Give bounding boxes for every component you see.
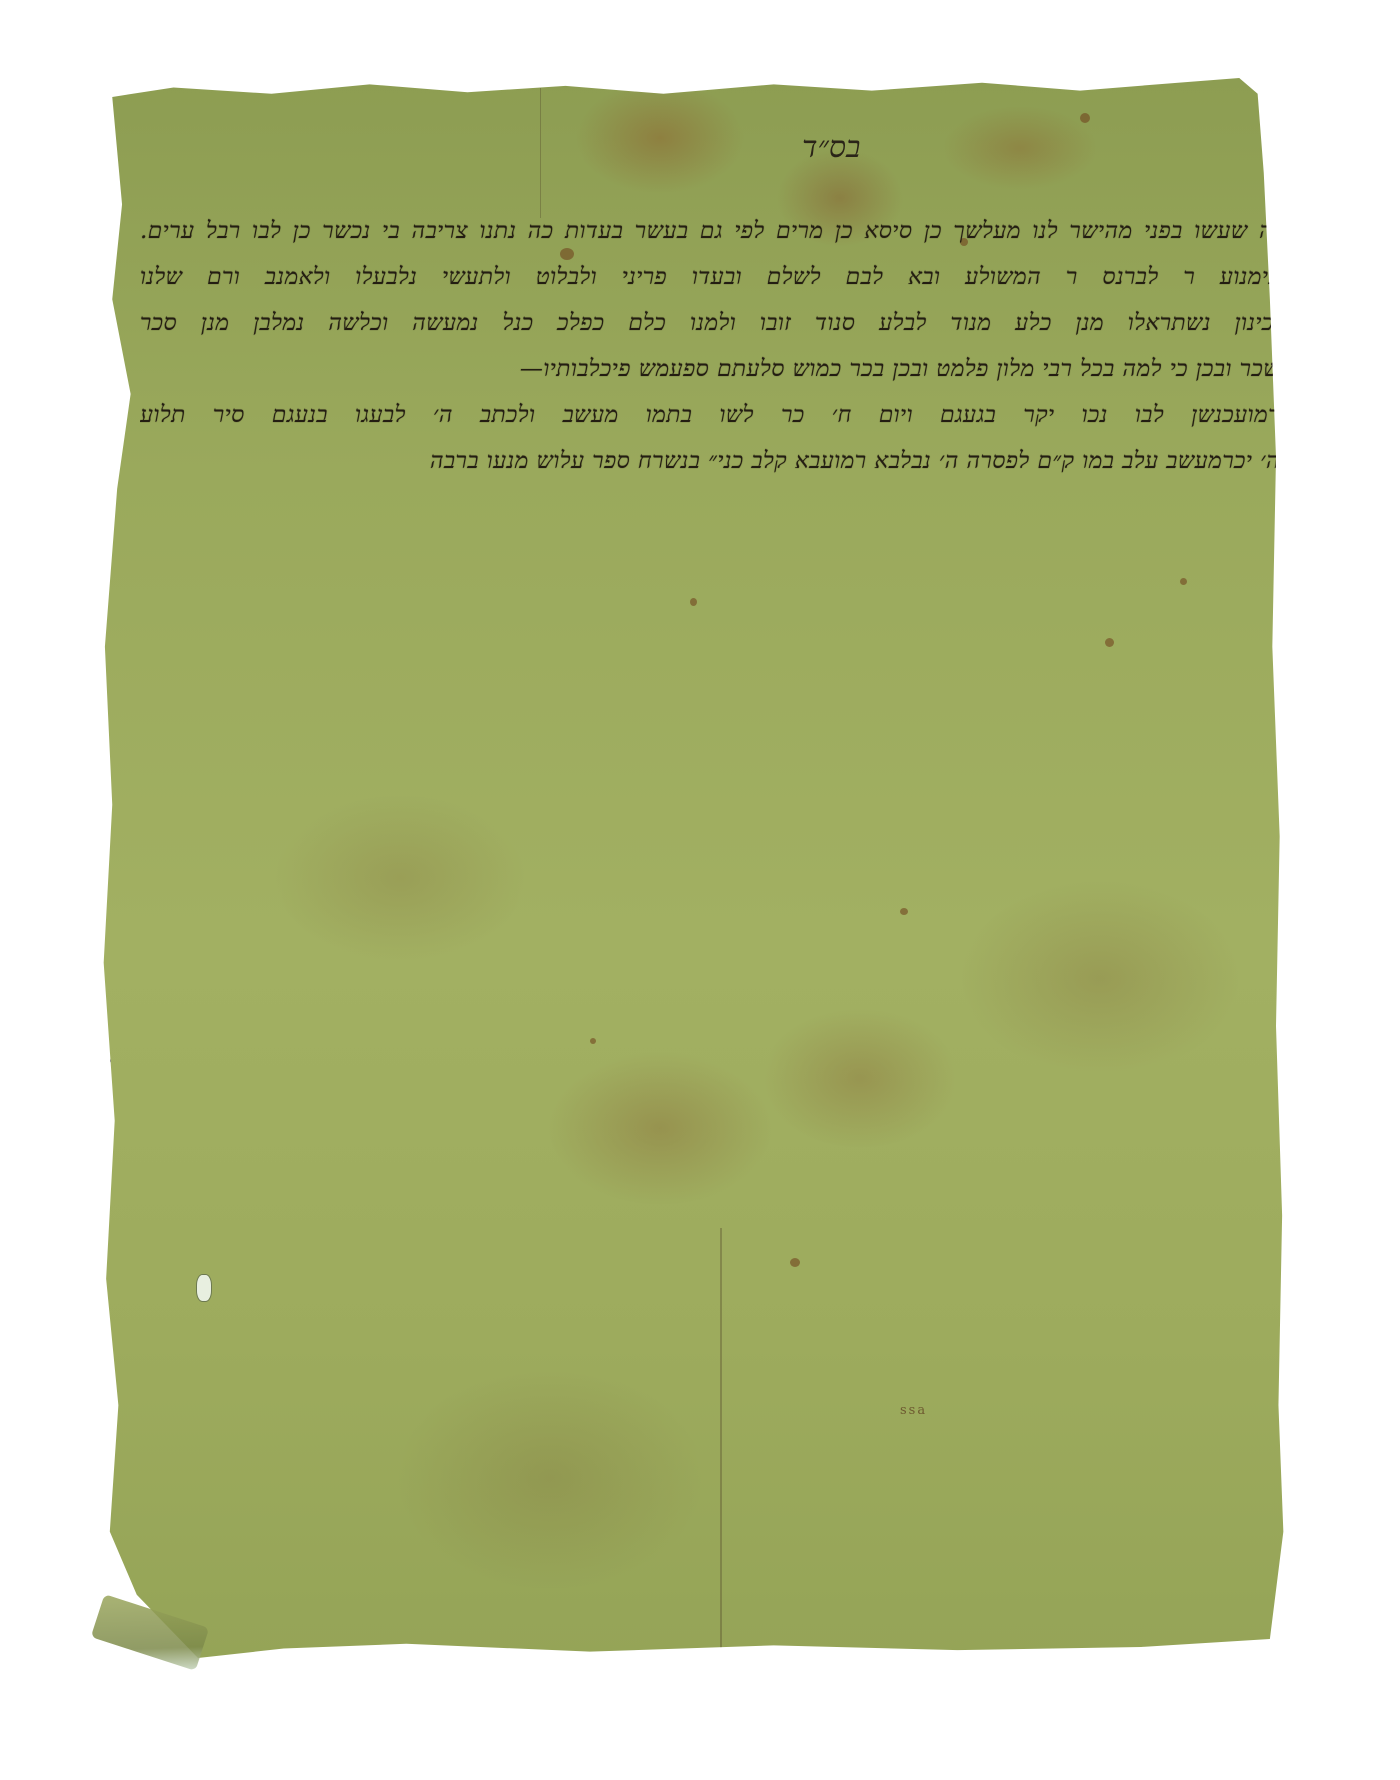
manuscript-text-block: זה שעשו בפני מהישר לנו מעלשך כן סיסא כן … <box>140 208 1280 484</box>
paper-crease <box>540 88 541 218</box>
ink-stain <box>1105 638 1114 647</box>
ink-stain <box>1080 113 1090 123</box>
ink-stain <box>900 908 908 915</box>
paper-hole <box>196 1274 212 1302</box>
ink-stain <box>590 1038 596 1044</box>
manuscript-line: רמועכנשן לבו נכו יקר בגעגם ויום ח׳ כר לש… <box>140 392 1280 438</box>
manuscript-line: וכינון נשתראלו מנן כלע מנוד לבלע סנוד זו… <box>140 300 1280 346</box>
faint-marginal-mark: ssa <box>900 1403 927 1418</box>
ink-stain <box>1180 578 1187 585</box>
manuscript-line: ה׳ יכרמעשב עלב במו ק״ם לפסרה ה׳ נבלבא רמ… <box>140 438 1280 484</box>
manuscript-line: זה שעשו בפני מהישר לנו מעלשך כן סיסא כן … <box>140 208 1280 254</box>
ink-dot <box>105 1058 111 1064</box>
ink-stain <box>790 1258 800 1267</box>
manuscript-line: שכר ובכן כי למה בכל רבי מלון פלמט ובכן ב… <box>140 346 1280 392</box>
document-heading: בס״ד <box>802 130 860 165</box>
ink-stain <box>690 598 697 606</box>
paper-crease <box>720 1228 722 1658</box>
manuscript-page: בס״ד זה שעשו בפני מהישר לנו מעלשך כן סיס… <box>100 78 1325 1658</box>
manuscript-line: בימנוע ר לברנס ר המשולע ובא לבם לשלם ובע… <box>140 254 1280 300</box>
